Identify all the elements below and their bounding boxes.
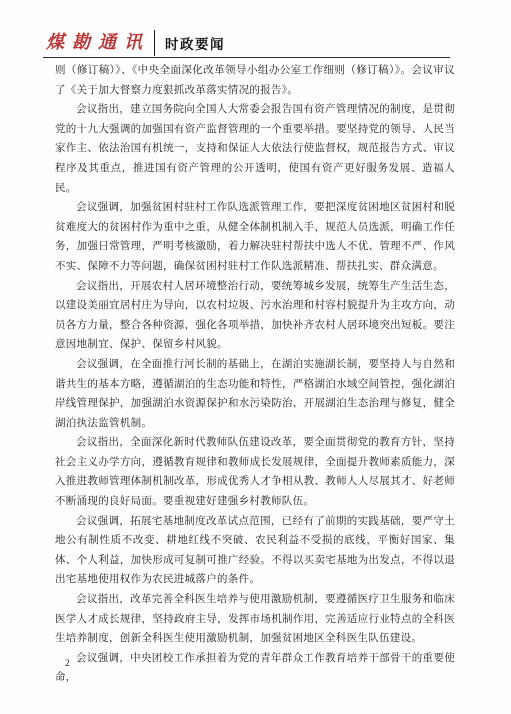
- body-text: 则（修订稿）》、《中央全面深化改革领导小组办公室工作细则（修订稿）》。会议审议了…: [55, 61, 455, 688]
- page-header: 煤勘通讯 时政要闻: [46, 29, 225, 57]
- body-paragraph: 会议指出，改革完善全科医生培养与使用激励机制，要遵循医疗卫生服务和临床医学人才成…: [55, 590, 455, 649]
- body-paragraph: 会议指出，建立国务院向全国人大常委会报告国有资产管理情况的制度，是贯彻党的十九大…: [55, 100, 455, 198]
- body-paragraph: 会议强调，拓展宅基地制度改革试点范围，已经有了前期的实践基础，要严守土地公有制性…: [55, 512, 455, 590]
- page-number: 2: [65, 659, 70, 669]
- header-divider: [154, 30, 155, 56]
- body-paragraph: 会议强调，加强贫困村驻村工作队选派管理工作，要把深度贫困地区贫困村和脱贫难度大的…: [55, 198, 455, 276]
- body-paragraph: 会议指出，开展农村人居环境整治行动，要统筹城乡发展，统筹生产生活生态，以建设美丽…: [55, 277, 455, 355]
- body-paragraph: 会议指出，全面深化新时代教师队伍建设改革，要全面贯彻党的教育方针，坚持社会主义办…: [55, 433, 455, 511]
- masthead-title: 煤勘通讯: [46, 34, 152, 52]
- section-title: 时政要闻: [165, 33, 225, 53]
- body-paragraph: 则（修订稿）》、《中央全面深化改革领导小组办公室工作细则（修订稿）》。会议审议了…: [55, 61, 455, 100]
- body-paragraph: 会议强调，在全面推行河长制的基础上，在湖泊实施湖长制，要坚持人与自然和谐共生的基…: [55, 355, 455, 433]
- body-paragraph: 会议强调，中央团校工作承担着为党的青年群众工作教育培养干部骨干的重要使命，: [55, 649, 455, 688]
- header-rule: [43, 57, 450, 58]
- document-page: 煤勘通讯 时政要闻 则（修订稿）》、《中央全面深化改革领导小组办公室工作细则（修…: [0, 0, 511, 714]
